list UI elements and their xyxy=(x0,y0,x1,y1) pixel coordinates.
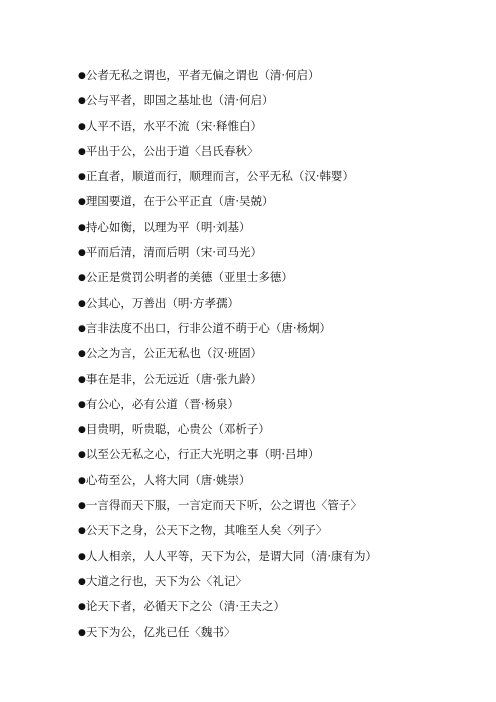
bullet-icon: ● xyxy=(78,67,86,85)
quote-item: ●目贵明，听贵聪，心贵公（邓析子） xyxy=(78,420,377,445)
bullet-icon: ● xyxy=(78,624,86,642)
quote-text: 大道之行也，天下为公〈礼记〉 xyxy=(86,574,247,588)
quote-item: ●心苟至公，人将大同（唐·姚崇） xyxy=(78,471,377,496)
quote-item: ●公天下之身，公天下之物，其唯至人矣〈列子〉 xyxy=(78,521,377,546)
quote-item: ●持心如衡，以理为平（明·刘基） xyxy=(78,218,377,243)
quote-item: ●正直者，顺道而行，顺理而言，公平无私（汉·韩婴） xyxy=(78,167,377,192)
bullet-icon: ● xyxy=(78,219,86,237)
quote-text: 公与平者，即国之基址也（清·何启） xyxy=(86,93,274,107)
bullet-icon: ● xyxy=(78,371,86,389)
quote-item: ●公者无私之谓也，平者无偏之谓也（清·何启） xyxy=(78,66,377,91)
quote-item: ●大道之行也，天下为公〈礼记〉 xyxy=(78,572,377,597)
quote-text: 言非法度不出口，行非公道不萌于心（唐·杨炯） xyxy=(86,321,331,335)
bullet-icon: ● xyxy=(78,446,86,464)
bullet-icon: ● xyxy=(78,396,86,414)
quote-text: 人平不语，水平不流（宋·释惟白） xyxy=(86,119,262,133)
bullet-icon: ● xyxy=(78,168,86,186)
quote-text: 理国要道，在于公平正直（唐·吴兢） xyxy=(86,194,274,208)
quote-item: ●人平不语，水平不流（宋·释惟白） xyxy=(78,117,377,142)
quote-text: 公之为言，公正无私也（汉·班固） xyxy=(86,346,262,360)
bullet-icon: ● xyxy=(78,244,86,262)
bullet-icon: ● xyxy=(78,143,86,161)
quote-item: ●以至公无私之心，行正大光明之事（明·吕坤） xyxy=(78,445,377,470)
quote-item: ●人人相亲，人人平等，天下为公，是谓大同（清·康有为） xyxy=(78,547,377,572)
quote-text: 天下为公，亿兆已任〈魏书〉 xyxy=(86,625,236,639)
quote-text: 平而后清，清而后明（宋·司马光） xyxy=(86,245,262,259)
quote-list: ●公者无私之谓也，平者无偏之谓也（清·何启） ●公与平者，即国之基址也（清·何启… xyxy=(78,66,377,648)
quote-text: 事在是非，公无远近（唐·张九龄） xyxy=(86,372,262,386)
quote-item: ●公其心，万善出（明·方孝孺） xyxy=(78,294,377,319)
bullet-icon: ● xyxy=(78,295,86,313)
quote-item: ●公之为言，公正无私也（汉·班固） xyxy=(78,344,377,369)
bullet-icon: ● xyxy=(78,573,86,591)
quote-item: ●有公心，必有公道（晋·杨泉） xyxy=(78,395,377,420)
quote-text: 有公心，必有公道（晋·杨泉） xyxy=(86,397,239,411)
bullet-icon: ● xyxy=(78,548,86,566)
bullet-icon: ● xyxy=(78,193,86,211)
quote-text: 平出于公，公出于道〈吕氏春秋〉 xyxy=(86,144,259,158)
quote-text: 公其心，万善出（明·方孝孺） xyxy=(86,296,239,310)
bullet-icon: ● xyxy=(78,118,86,136)
quote-text: 人人相亲，人人平等，天下为公，是谓大同（清·康有为） xyxy=(86,549,377,563)
bullet-icon: ● xyxy=(78,598,86,616)
document-page: ●公者无私之谓也，平者无偏之谓也（清·何启） ●公与平者，即国之基址也（清·何启… xyxy=(0,0,496,702)
bullet-icon: ● xyxy=(78,472,86,490)
bullet-icon: ● xyxy=(78,345,86,363)
bullet-icon: ● xyxy=(78,497,86,515)
quote-text: 公者无私之谓也，平者无偏之谓也（清·何启） xyxy=(86,68,320,82)
quote-text: 论天下者，必循天下之公（清·王夫之） xyxy=(86,599,285,613)
quote-item: ●天下为公，亿兆已任〈魏书〉 xyxy=(78,623,377,648)
quote-item: ●言非法度不出口，行非公道不萌于心（唐·杨炯） xyxy=(78,319,377,344)
bullet-icon: ● xyxy=(78,320,86,338)
quote-item: ●平而后清，清而后明（宋·司马光） xyxy=(78,243,377,268)
bullet-icon: ● xyxy=(78,92,86,110)
quote-text: 以至公无私之心，行正大光明之事（明·吕坤） xyxy=(86,447,320,461)
bullet-icon: ● xyxy=(78,269,86,287)
quote-text: 一言得而天下服，一言定而天下听，公之谓也〈管子〉 xyxy=(86,498,362,512)
quote-text: 目贵明，听贵聪，心贵公（邓析子） xyxy=(86,422,270,436)
quote-item: ●公与平者，即国之基址也（清·何启） xyxy=(78,91,377,116)
quote-item: ●事在是非，公无远近（唐·张九龄） xyxy=(78,370,377,395)
quote-text: 公正是赏罚公明者的美德（亚里士多德） xyxy=(86,270,293,284)
quote-text: 持心如衡，以理为平（明·刘基） xyxy=(86,220,251,234)
bullet-icon: ● xyxy=(78,421,86,439)
quote-item: ●平出于公，公出于道〈吕氏春秋〉 xyxy=(78,142,377,167)
quote-text: 公天下之身，公天下之物，其唯至人矣〈列子〉 xyxy=(86,523,328,537)
quote-item: ●一言得而天下服，一言定而天下听，公之谓也〈管子〉 xyxy=(78,496,377,521)
quote-item: ●理国要道，在于公平正直（唐·吴兢） xyxy=(78,192,377,217)
quote-text: 心苟至公，人将大同（唐·姚崇） xyxy=(86,473,251,487)
bullet-icon: ● xyxy=(78,522,86,540)
quote-item: ●论天下者，必循天下之公（清·王夫之） xyxy=(78,597,377,622)
quote-item: ●公正是赏罚公明者的美德（亚里士多德） xyxy=(78,268,377,293)
quote-text: 正直者，顺道而行，顺理而言，公平无私（汉·韩婴） xyxy=(86,169,354,183)
